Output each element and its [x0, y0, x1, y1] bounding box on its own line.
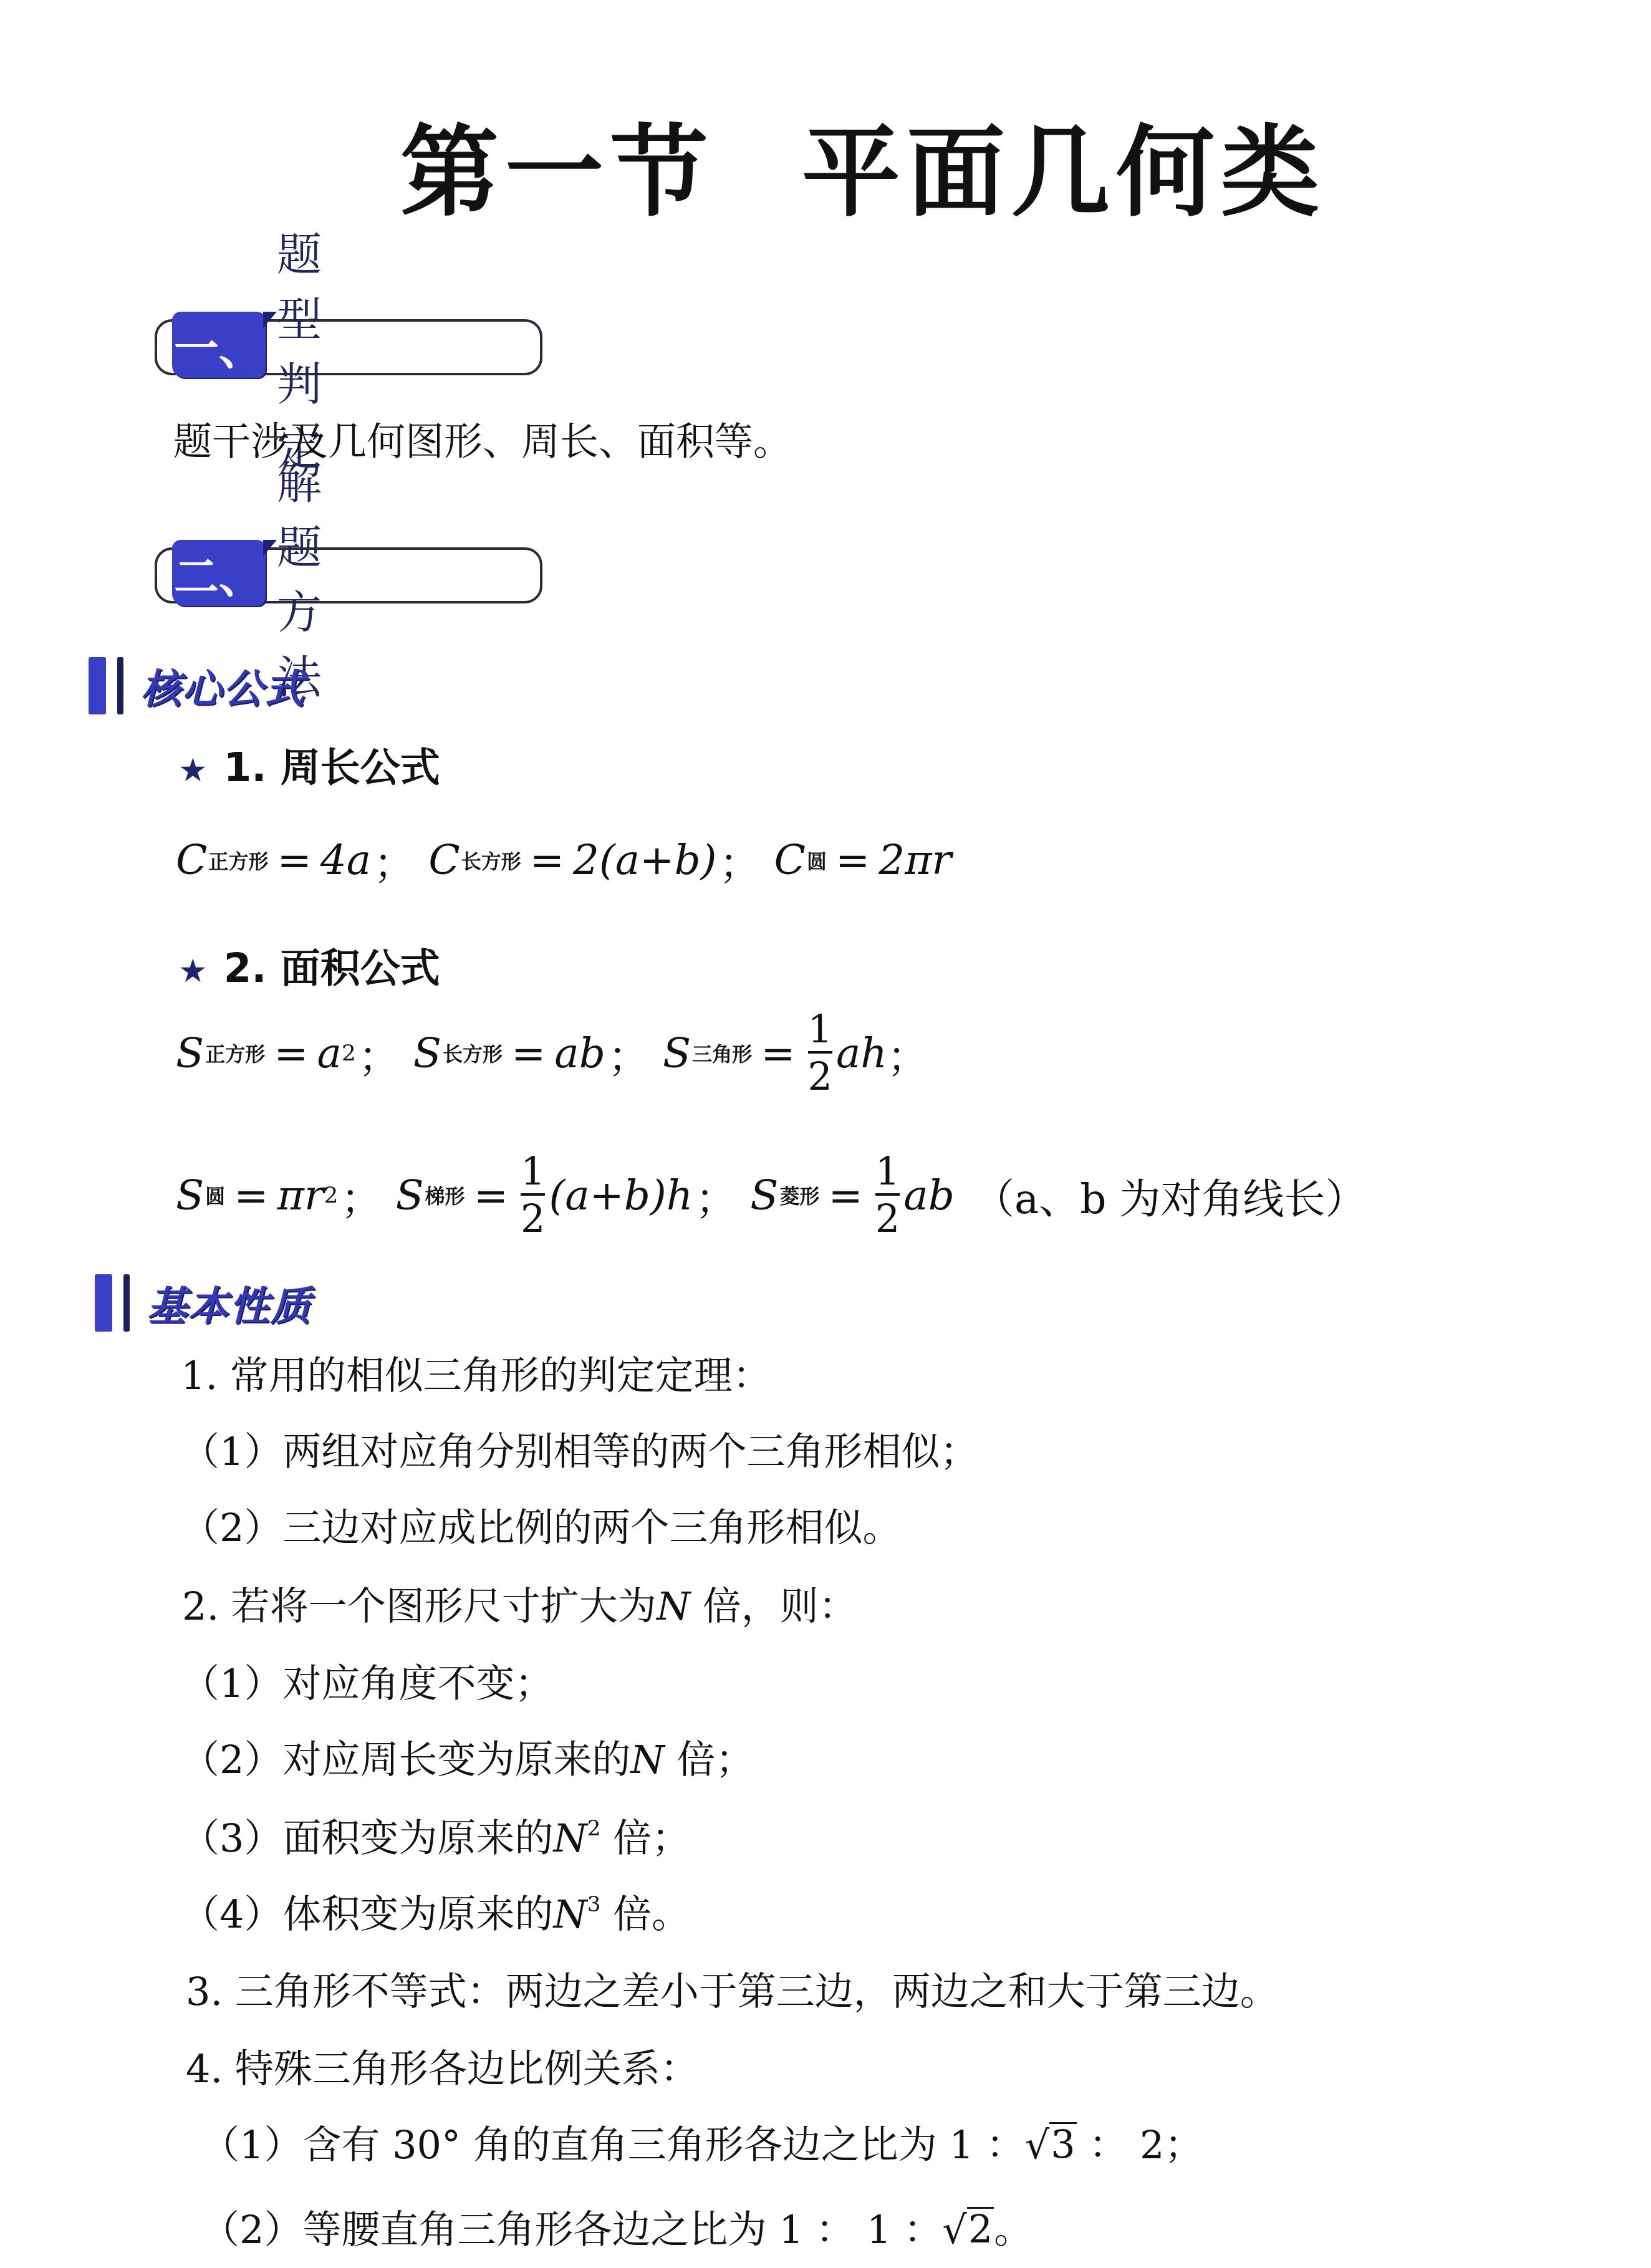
equals-sign: =: [277, 836, 312, 884]
property-line: （3）面积变为原来的N2 倍；: [181, 1815, 690, 1862]
fraction-one-half: 12: [521, 1152, 545, 1238]
formula-subscript: 圆: [205, 1181, 225, 1209]
formula-separator: ；: [359, 1024, 400, 1083]
formula-separator: ；: [887, 1024, 928, 1083]
property-line: （4）体积变为原来的N3 倍。: [181, 1891, 690, 1938]
fraction-one-half: 12: [875, 1152, 900, 1238]
formula-subscript: 长方形: [443, 1039, 503, 1067]
formula-symbol: S: [176, 1029, 204, 1077]
heading-label: 2. 面积公式: [224, 946, 440, 992]
square-root-2: √2: [942, 2207, 994, 2253]
formula-symbol: S: [176, 1171, 204, 1219]
area-formulas-line1: S正方形 = a2 ； S长方形 = ab ； S三角形 = 12 ah ；: [176, 1010, 928, 1096]
property-line: 4. 特殊三角形各边比例关系：: [186, 2046, 699, 2092]
section-number-badge: 二、: [172, 540, 266, 606]
formula-exponent: 2: [342, 1040, 356, 1066]
formula-symbol: C: [176, 836, 208, 884]
equals-sign: =: [530, 836, 564, 884]
section-number-badge: 一、: [172, 312, 266, 378]
formula-subscript: 圆: [807, 846, 827, 875]
property-line: （2）对应周长变为原来的N 倍；: [181, 1737, 754, 1783]
property-line: （2）三边对应成比例的两个三角形相似。: [181, 1505, 901, 1551]
formula-symbol: C: [774, 836, 806, 884]
star-icon: ★: [178, 953, 208, 990]
heading-label: 1. 周长公式: [224, 745, 440, 791]
fraction-one-half: 12: [808, 1010, 832, 1096]
property-line: （1）两组对应角分别相等的两个三角形相似；: [181, 1429, 978, 1475]
star-icon: ★: [178, 752, 208, 789]
property-line: （2）等腰直角三角形各边之比为 1 ： 1 ：√2。: [201, 2207, 1032, 2253]
area-formulas-line2: S圆 = πr2 ； S梯形 = 12 (a+b)h ； S菱形 = 12 ab…: [176, 1152, 1366, 1238]
formula-symbol: S: [750, 1171, 778, 1219]
area-formula-heading: ★2. 面积公式: [178, 936, 440, 994]
section-header-label: 题型判定: [277, 320, 324, 375]
formula-expression: ab: [554, 1029, 605, 1077]
formula-separator: ；: [608, 1024, 649, 1083]
equals-sign: =: [835, 836, 870, 884]
formula-exponent: 2: [324, 1183, 338, 1208]
equals-sign: =: [761, 1029, 795, 1077]
square-root-3: √3: [1025, 2122, 1077, 2168]
property-line: （1）对应角度不变；: [181, 1661, 553, 1707]
formula-expression: (a+b)h: [549, 1171, 693, 1219]
subheader-bar-icon: [117, 657, 123, 714]
formula-subscript: 正方形: [205, 1039, 265, 1067]
subheader-basic-properties: 基本性质: [95, 1274, 312, 1332]
formula-expression: 2(a+b): [573, 836, 716, 884]
equals-sign: =: [474, 1171, 508, 1219]
property-line: 3. 三角形不等式：两边之差小于第三边，两边之和大于第三边。: [186, 1969, 1279, 2015]
rhombus-note: （a、b 为对角线长）: [973, 1166, 1367, 1225]
formula-expression: 2πr: [878, 836, 951, 884]
formula-subscript: 长方形: [461, 846, 521, 875]
formula-separator: ；: [719, 830, 760, 890]
formula-expression: a: [317, 1029, 342, 1077]
subheader-bar-icon: [89, 657, 106, 714]
subheader-bar-icon: [123, 1274, 130, 1332]
page-title-topic: 平面几何类: [802, 115, 1326, 230]
section1-body: 题干涉及几何图形、周长、面积等。: [173, 419, 792, 465]
property-line: 1. 常用的相似三角形的判定定理：: [181, 1353, 771, 1399]
subheader-core-formulas: 核心公式: [89, 657, 306, 714]
property-line: （1）含有 30° 角的直角三角形各边之比为 1 ：√3 ： 2；: [201, 2122, 1203, 2168]
formula-expression: πr: [277, 1171, 324, 1219]
equals-sign: =: [274, 1029, 308, 1077]
property-line: 2. 若将一个图形尺寸扩大为N 倍，则：: [182, 1583, 857, 1630]
formula-expression: ab: [903, 1171, 955, 1219]
equals-sign: =: [829, 1171, 863, 1219]
formula-symbol: S: [413, 1029, 441, 1077]
formula-subscript: 菱形: [780, 1181, 820, 1209]
formula-separator: ；: [340, 1166, 382, 1225]
subheader-label: 基本性质: [147, 1274, 312, 1332]
formula-symbol: S: [663, 1029, 691, 1077]
formula-subscript: 梯形: [425, 1181, 465, 1209]
perimeter-formula-heading: ★1. 周长公式: [178, 736, 440, 793]
formula-separator: ；: [373, 830, 415, 890]
perimeter-formulas: C正方形 = 4a ； C长方形 = 2(a+b) ； C圆 = 2πr: [176, 830, 951, 890]
formula-expression: ah: [836, 1029, 887, 1077]
page-title-section: 第一节: [400, 115, 715, 230]
formula-symbol: C: [428, 836, 460, 884]
page-title: 第一节平面几何类: [0, 94, 1651, 235]
formula-expression: 4a: [320, 836, 371, 884]
equals-sign: =: [511, 1029, 546, 1077]
formula-separator: ；: [695, 1166, 736, 1225]
subheader-label: 核心公式: [141, 657, 306, 714]
formula-subscript: 正方形: [209, 846, 269, 875]
section-header-label: 解题方法: [277, 549, 324, 603]
formula-symbol: S: [395, 1171, 423, 1219]
equals-sign: =: [234, 1171, 268, 1219]
formula-subscript: 三角形: [692, 1039, 752, 1067]
subheader-bar-icon: [95, 1274, 112, 1332]
